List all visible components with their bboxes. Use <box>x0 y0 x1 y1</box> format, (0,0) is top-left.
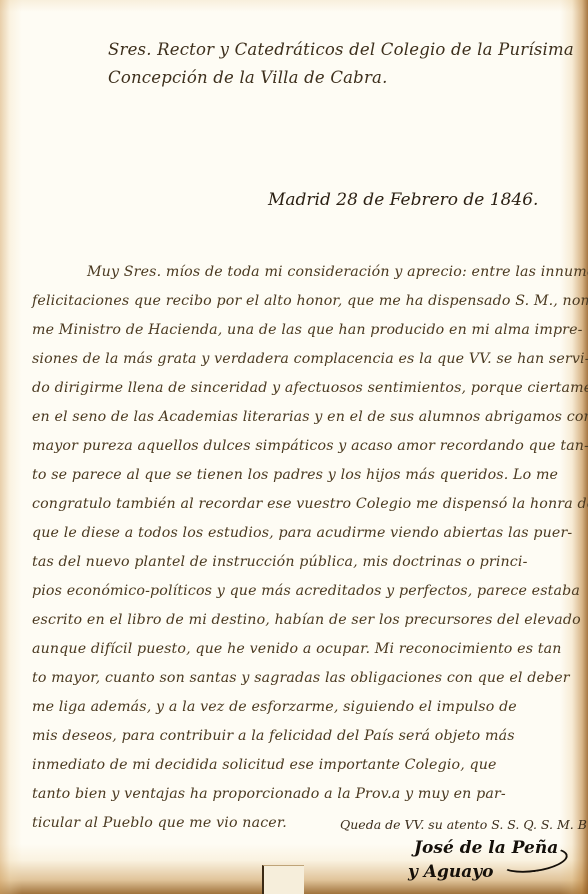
body-line: congratulo también al recordar ese vuest… <box>32 490 580 519</box>
body-line: to se parece al que se tienen los padres… <box>32 461 580 490</box>
body-line: to mayor, cuanto son santas y sagradas l… <box>32 664 580 693</box>
body-line: pios económico-políticos y que más acred… <box>32 577 580 606</box>
paper-tear <box>262 865 304 894</box>
body-line: mayor pureza aquellos dulces simpáticos … <box>32 432 580 461</box>
body-line: aunque difícil puesto, que he venido a o… <box>32 635 580 664</box>
body-line: mis deseos, para contribuir a la felicid… <box>32 722 580 751</box>
body-line: do dirigirme llena de sinceridad y afect… <box>32 374 580 403</box>
addressee-line-1: Sres. Rector y Catedráticos del Colegio … <box>108 36 578 64</box>
closing-formula: Queda de VV. su atento S. S. Q. S. M. B. <box>340 817 588 832</box>
body-line: que le diese a todos los estudios, para … <box>32 519 580 548</box>
body-line: felicitaciones que recibo por el alto ho… <box>32 287 580 316</box>
body-line: en el seno de las Academias literarias y… <box>32 403 580 432</box>
date-line: Madrid 28 de Febrero de 1846. <box>268 190 538 210</box>
body-line: escrito en el libro de mi destino, había… <box>32 606 580 635</box>
body-line: inmediato de mi decidida solicitud ese i… <box>32 751 580 780</box>
body-line: me Ministro de Hacienda, una de las que … <box>32 316 580 345</box>
addressee-line-2: Concepción de la Villa de Cabra. <box>108 64 578 92</box>
letter-page: Sres. Rector y Catedráticos del Colegio … <box>0 0 588 894</box>
body-line: tanto bien y ventajas ha proporcionado a… <box>32 780 580 809</box>
body-line: Muy Sres. míos de toda mi consideración … <box>32 258 580 287</box>
addressee-block: Sres. Rector y Catedráticos del Colegio … <box>108 36 578 92</box>
body-line: tas del nuevo plantel de instrucción púb… <box>32 548 580 577</box>
body-line: siones de la más grata y verdadera compl… <box>32 345 580 374</box>
letter-body: Muy Sres. míos de toda mi consideración … <box>32 258 580 838</box>
body-line: me liga además, y a la vez de esforzarme… <box>32 693 580 722</box>
